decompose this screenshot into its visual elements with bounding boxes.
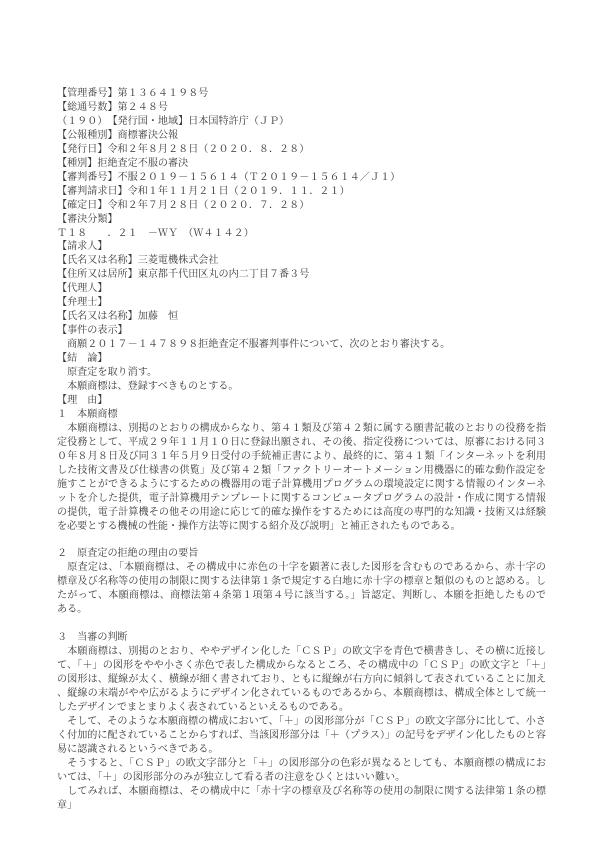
paragraph: そして、そのような本願商標の構成において、「＋」の図形部分が「ＣＳＰ」の欧文字部… — [57, 715, 546, 757]
bibliographic-block: 【管理番号】第１３６４１９８号 【総通号数】第２４８号 （１９０） 【発行国・地… — [57, 87, 546, 408]
biblio-line-kakutei-bi: 【確定日】令和２年７月２８日（２０２０．７．２８） — [57, 199, 546, 213]
biblio-line-shinketsu-bunrui-code: Ｔ１８ ．２１ －ＷＹ （Ｗ４１４２） — [57, 227, 546, 241]
biblio-line-ketsuron-2: 本願商標は、登録すべきものとする。 — [57, 380, 546, 394]
section-heading: ２ 原査定の拒絶の理由の要旨 — [57, 547, 546, 561]
biblio-line-koho-shubetsu: 【公報種別】商標審決公報 — [57, 129, 546, 143]
biblio-line-benrishi-label: 【弁理士】 — [57, 296, 546, 310]
biblio-line-ketsuron-label: 【結 論】 — [57, 352, 546, 366]
paragraph: 原査定は、「本願商標は、その構成中に赤色の十字を顕著に表した図形を含むものである… — [57, 561, 546, 617]
section-heading: ３ 当審の判断 — [57, 631, 546, 645]
biblio-line-benrishi-name: 【氏名又は名称】加藤 恒 — [57, 310, 546, 324]
section-kyozetsu-riyu-yoshi: ２ 原査定の拒絶の理由の要旨 原査定は、「本願商標は、その構成中に赤色の十字を顕… — [57, 547, 546, 617]
gazette-page: 【管理番号】第１３６４１９８号 【総通号数】第２４８号 （１９０） 【発行国・地… — [57, 87, 546, 813]
biblio-line-seikyunin-label: 【請求人】 — [57, 240, 546, 254]
biblio-line-shinketsu-bunrui-label: 【審決分類】 — [57, 213, 546, 227]
biblio-line-ketsuron-1: 原査定を取り消す。 — [57, 366, 546, 380]
section-heading: １ 本願商標 — [57, 408, 546, 422]
paragraph: してみれば、本願商標は、その構成中に「赤十字の標章及び名称等の使用の制限に関する… — [57, 785, 546, 813]
biblio-line-hakkokoku: （１９０） 【発行国・地域】日本国特許庁（ＪＰ） — [57, 115, 546, 129]
biblio-line-seikyunin-address: 【住所又は居所】東京都千代田区丸の内二丁目７番３号 — [57, 268, 546, 282]
biblio-line-kanri-bango: 【管理番号】第１３６４１９８号 — [57, 87, 546, 101]
section-toshin-no-handan: ３ 当審の判断 本願商標は、別掲のとおり、ややデザイン化した「ＣＳＰ」の欧文字を… — [57, 631, 546, 812]
biblio-line-shinpan-seikyu-bi: 【審判請求日】令和１年１１月２１日（２０１９．１１．２１） — [57, 185, 546, 199]
paragraph: そうすると、「ＣＳＰ」の欧文字部分と「＋」の図形部分の色彩が異なるとしても、本願… — [57, 757, 546, 785]
biblio-line-seikyunin-name: 【氏名又は名称】三菱電機株式会社 — [57, 254, 546, 268]
section-honganshohyo: １ 本願商標 本願商標は、別掲のとおりの構成からなり、第４１類及び第４２類に属す… — [57, 408, 546, 534]
paragraph: 本願商標は、別掲のとおりの構成からなり、第４１類及び第４２類に属する願書記載のと… — [57, 422, 546, 534]
biblio-line-shinpan-bango: 【審判番号】不服２０１９－１５６１４（Ｔ２０１９－１５６１４／Ｊ１） — [57, 171, 546, 185]
biblio-line-jiken-hyoji-body: 商願２０１７－１４７８９８拒絶査定不服審判事件について、次のとおり審決する。 — [57, 338, 546, 352]
biblio-line-hakko-bi: 【発行日】令和２年８月２８日（２０２０．８．２８） — [57, 143, 546, 157]
biblio-line-dairinin-label: 【代理人】 — [57, 282, 546, 296]
biblio-line-sotsu-gosu: 【総通号数】第２４８号 — [57, 101, 546, 115]
biblio-line-shubetsu: 【種別】拒絶査定不服の審決 — [57, 157, 546, 171]
biblio-line-riyu-label: 【理 由】 — [57, 394, 546, 408]
paragraph: 本願商標は、別掲のとおり、ややデザイン化した「ＣＳＰ」の欧文字を青色で横書きし、… — [57, 645, 546, 715]
biblio-line-jiken-hyoji-label: 【事件の表示】 — [57, 324, 546, 338]
